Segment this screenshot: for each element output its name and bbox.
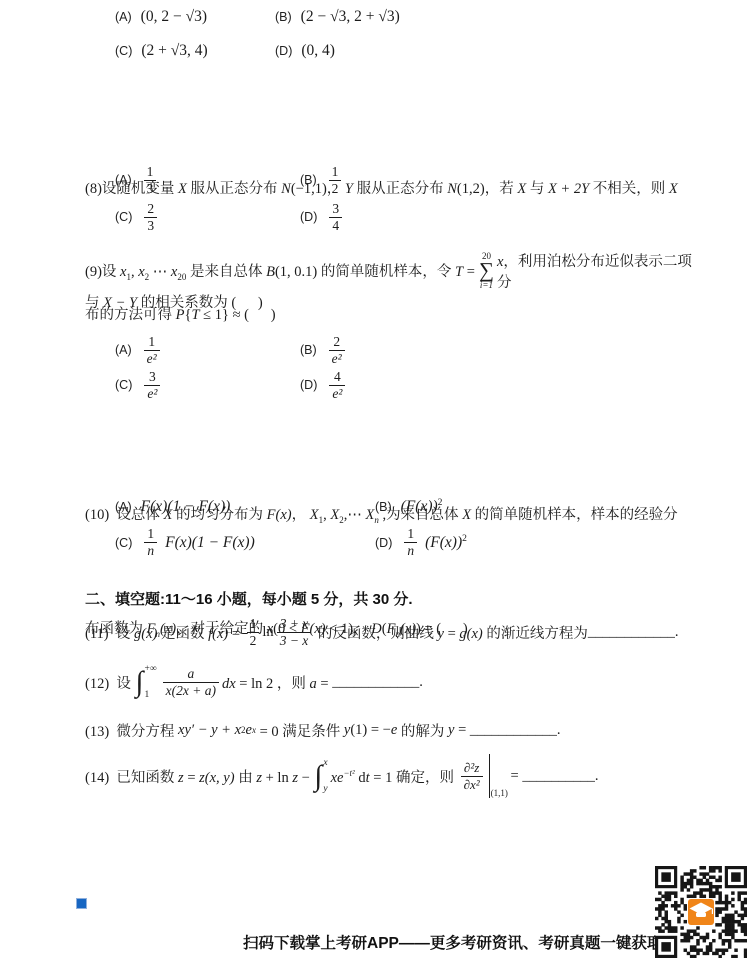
fraction-numerator: 2 (330, 334, 343, 350)
fraction-numerator: 1 (144, 526, 157, 542)
q9-text-pre: (9)设 x1, x2 ⋯ x20 是来自总体 B(1, 0.1) 的简单随机样… (85, 260, 476, 282)
question-13: (13) 微分方程 xy′ − y + x2ex = 0 满足条件 y(1) =… (85, 716, 561, 744)
integral-lower-limit: 1 (145, 690, 157, 700)
option-label: (D) (275, 44, 292, 58)
fraction-numerator: 1 (145, 334, 158, 350)
option-label: (D) (375, 536, 392, 550)
question-8-options: (A) 13 (B) 12 (C) 23 (D) 34 (115, 164, 345, 234)
fraction-numerator: ∂²z (461, 760, 482, 775)
fraction: 34 (329, 201, 342, 234)
answer-blank: ____________. (588, 624, 679, 641)
q9-text-post: x，利用泊松分布近似表示二项分 (497, 250, 705, 292)
q10-option-a: (A) F(x)(1 − F(x)) (115, 498, 375, 516)
q10-option-c: (C) 1n F(x)(1 − F(x)) (115, 526, 375, 559)
fraction-numerator: 3 (146, 369, 159, 385)
question-10-options: (A) F(x)(1 − F(x)) (B) (F(x))2 (C) 1n F(… (115, 498, 467, 559)
sum-lower-limit: i=1 (480, 281, 493, 290)
option-label: (B) (300, 343, 317, 357)
option-formula: (F(x))2 (401, 498, 443, 516)
fraction-denominator: ∂x² (461, 776, 483, 792)
option-label: (B) (275, 10, 292, 24)
question-9-options: (A) 1e² (B) 2e² (C) 3e² (D) 4e² (115, 334, 348, 402)
fraction: 1n (144, 526, 157, 559)
q7-option-c: (C) (2 + √3, 4) (115, 42, 275, 60)
integral-limits: +∞1 (145, 664, 157, 700)
fraction-numerator: 1 (404, 526, 417, 542)
q10-option-b: (B) (F(x))2 (375, 498, 467, 516)
fraction: 12 (247, 616, 260, 649)
fraction-denominator: e² (329, 350, 345, 367)
fraction-denominator: e² (144, 350, 160, 367)
sigma-operator: ∑ (479, 261, 494, 281)
q7-option-b: (B) (2 − √3, 2 + √3) (275, 8, 400, 26)
integral-lower-limit: y (323, 784, 327, 794)
integral: ∫ xy (314, 758, 329, 794)
q14-text-mid: xe−t² dt = 1 确定，则 (331, 766, 458, 787)
answer-blank: __________. (522, 768, 598, 785)
section-2-heading: 二、填空题:11～16 小题，每小题 5 分，共 30 分. (85, 588, 413, 609)
summation: 20 ∑ i=1 (479, 252, 494, 290)
question-9-line-1: (9)设 x1, x2 ⋯ x20 是来自总体 B(1, 0.1) 的简单随机样… (85, 248, 705, 294)
option-label: (C) (115, 378, 132, 392)
ln-symbol: ln (262, 624, 273, 641)
q9-option-c: (C) 3e² (115, 369, 300, 402)
integral-upper-limit: +∞ (145, 664, 157, 674)
q12-text-pre: (12) 设 (85, 672, 135, 693)
option-formula: (2 − √3, 2 + √3) (301, 8, 400, 26)
fraction-denominator: 3 − x (277, 632, 312, 649)
fraction-denominator: 3 (144, 180, 157, 197)
equals-sign: = (507, 768, 522, 785)
fraction-denominator: e² (144, 385, 160, 402)
fraction: 4e² (329, 369, 345, 402)
fraction-denominator: 2 (329, 180, 342, 197)
integral-limits: xy (323, 758, 327, 794)
fraction: 3 + x3 − x (277, 616, 312, 649)
q12-text-post: dx = ln 2 ，则 a = (222, 672, 332, 693)
fraction-numerator: 1 (247, 616, 260, 632)
fraction-numerator: 1 (144, 164, 157, 180)
fraction: 12 (329, 164, 342, 197)
exam-page: (A) (0, 2 − √3) (B) (2 − √3, 2 + √3) (C)… (0, 0, 750, 975)
option-label: (B) (375, 500, 392, 514)
option-label: (A) (115, 10, 132, 24)
blue-square-marker (76, 898, 87, 909)
qr-code (655, 866, 747, 958)
question-7-options: (A) (0, 2 − √3) (B) (2 − √3, 2 + √3) (C)… (115, 8, 400, 60)
integral-sign: ∫ (136, 668, 144, 697)
question-14: (14) 已知函数 z = z(x, y) 由 z + ln z − ∫ xy … (85, 750, 598, 802)
integral-upper-limit: x (323, 758, 327, 768)
question-9-line-2: 布的方法可得 P{T ≤ 1} ≈ ( ) (85, 300, 685, 330)
q8-option-c: (C) 23 (115, 201, 300, 234)
fraction-denominator: n (404, 542, 417, 559)
fraction-denominator: n (144, 542, 157, 559)
option-formula: (0, 2 − √3) (141, 8, 207, 26)
fraction: 1n (404, 526, 417, 559)
option-label: (A) (115, 343, 132, 357)
fraction-numerator: 3 (329, 201, 342, 217)
option-formula: (0, 4) (301, 42, 335, 60)
option-label: (A) (115, 500, 132, 514)
q7-option-a: (A) (0, 2 − √3) (115, 8, 275, 26)
fraction-numerator: 2 (144, 201, 157, 217)
fraction-denominator: 2 (247, 632, 260, 649)
q11-text-pre: (11) 设 g(x) 是函数 f(x) = (85, 622, 244, 643)
option-formula: (2 + √3, 4) (141, 42, 207, 60)
option-label: (C) (115, 210, 132, 224)
evaluation-bar (489, 754, 490, 798)
integral-sign: ∫ (314, 762, 322, 791)
q8-option-a: (A) 13 (115, 164, 300, 197)
fraction: 23 (144, 201, 157, 234)
q11-text-post: 的反函数，则曲线 y = g(x) 的渐近线方程为 (314, 622, 588, 643)
option-label: (B) (300, 173, 317, 187)
partial-derivative-fraction: ∂²z∂x² (461, 760, 483, 792)
fraction-denominator: x(2x + a) (163, 682, 219, 699)
option-label: (C) (115, 536, 132, 550)
option-label: (C) (115, 44, 132, 58)
q9-option-a: (A) 1e² (115, 334, 300, 367)
question-11: (11) 设 g(x) 是函数 f(x) = 12 ln 3 + x3 − x … (85, 610, 679, 654)
option-formula: (F(x))2 (425, 534, 467, 552)
fraction-numerator: 1 (329, 164, 342, 180)
fraction-numerator: 4 (331, 369, 344, 385)
q9-option-b: (B) 2e² (300, 334, 348, 367)
fraction-numerator: a (184, 666, 197, 682)
integral: ∫ +∞1 (136, 664, 159, 700)
option-formula: F(x)(1 − F(x)) (141, 498, 231, 516)
option-label: (D) (300, 378, 317, 392)
q7-option-d: (D) (0, 4) (275, 42, 400, 60)
fraction-numerator: 3 + x (277, 616, 312, 632)
fraction: 1e² (144, 334, 160, 367)
answer-blank: ____________. (332, 674, 423, 691)
q14-text-pre: (14) 已知函数 z = z(x, y) 由 z + ln z − (85, 766, 313, 787)
q8-option-b: (B) 12 (300, 164, 345, 197)
q9-option-d: (D) 4e² (300, 369, 348, 402)
fraction: ax(2x + a) (163, 666, 219, 699)
fraction-denominator: 4 (329, 217, 342, 234)
q8-option-d: (D) 34 (300, 201, 345, 234)
question-12: (12) 设 ∫ +∞1 ax(2x + a) dx = ln 2 ，则 a =… (85, 658, 423, 706)
fraction-denominator: 3 (144, 217, 157, 234)
option-label: (D) (300, 210, 317, 224)
evaluation-point: (1,1) (491, 788, 508, 798)
option-formula: F(x)(1 − F(x)) (165, 534, 255, 552)
q10-option-d: (D) 1n (F(x))2 (375, 526, 467, 559)
fraction: 2e² (329, 334, 345, 367)
fraction: 3e² (144, 369, 160, 402)
fraction: 13 (144, 164, 157, 197)
fraction-denominator: e² (329, 385, 345, 402)
option-label: (A) (115, 173, 132, 187)
footer-text: 扫码下载掌上考研APP——更多考研资讯、考研真题一键获取 (243, 931, 662, 953)
